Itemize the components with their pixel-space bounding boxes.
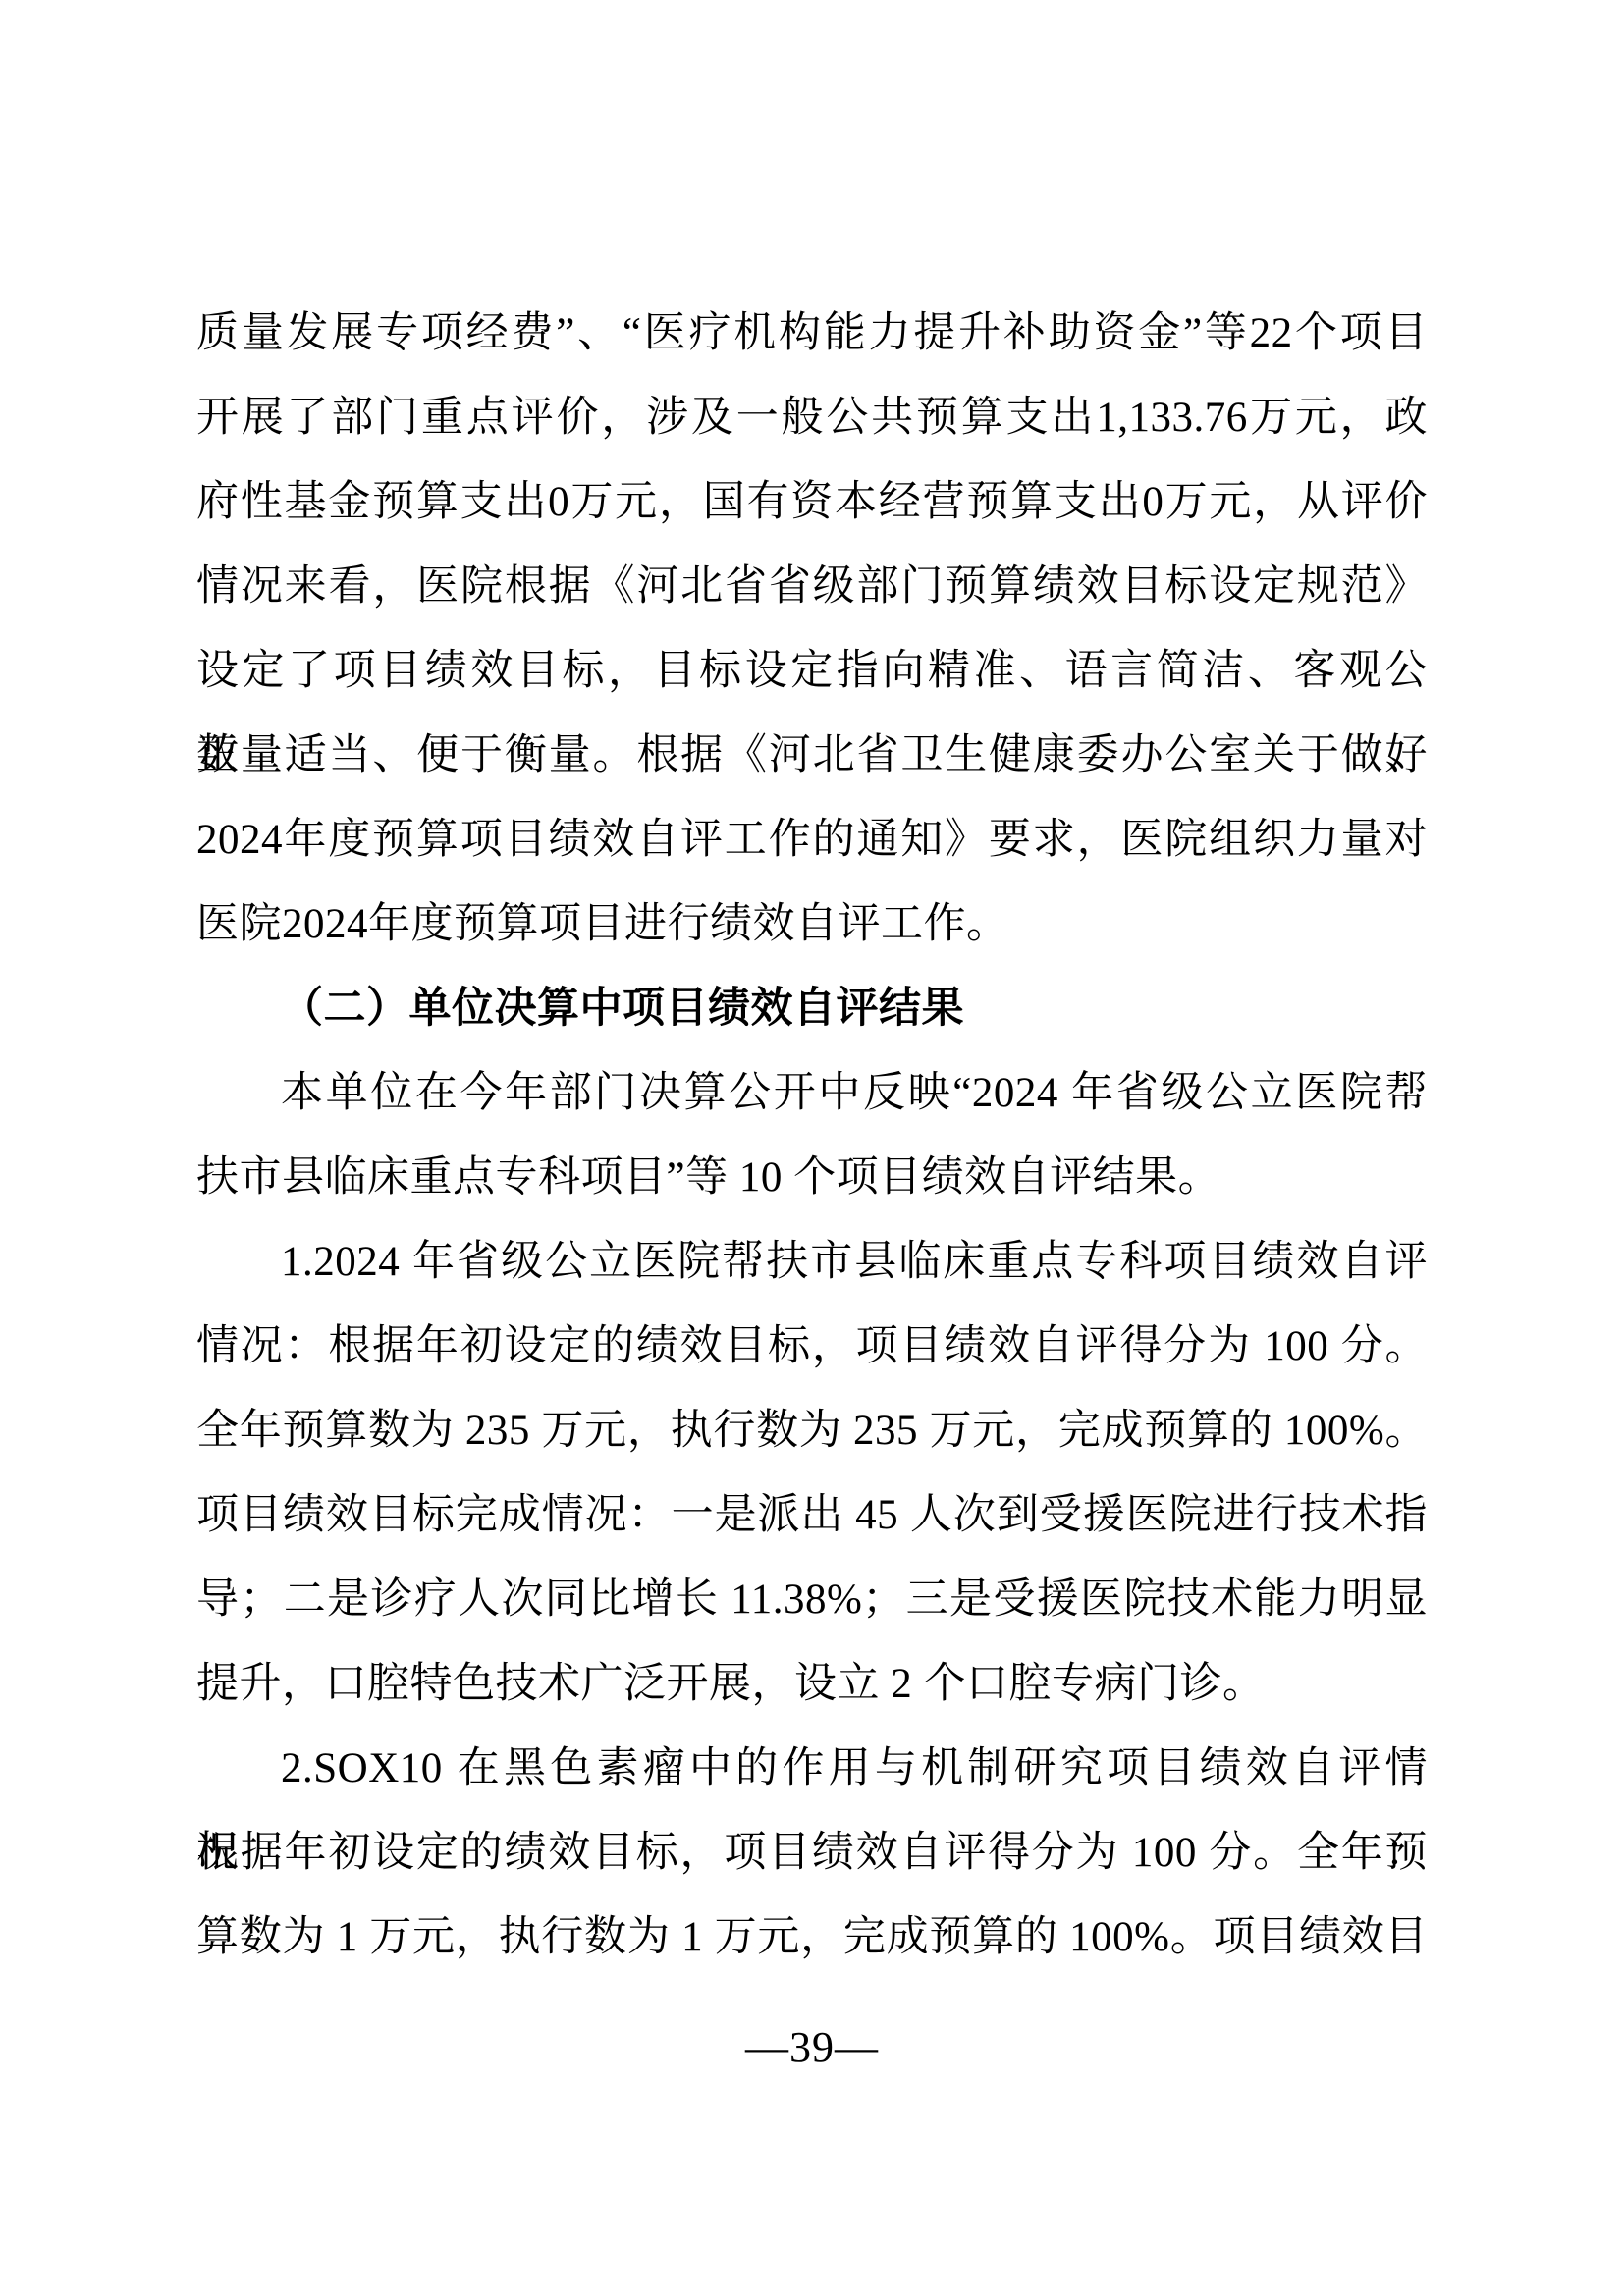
page-number: —39— xyxy=(0,2024,1624,2071)
text-line: 导；二是诊疗人次同比增长 11.38%；三是受援医院技术能力明显 xyxy=(196,1558,1428,1642)
text-line: 2.SOX10 在黑色素瘤中的作用与机制研究项目绩效自评情况： xyxy=(196,1727,1428,1811)
text-line: 设定了项目绩效目标，目标设定指向精准、语言简洁、客观公正、 xyxy=(196,629,1428,714)
paragraph: 本单位在今年部门决算公开中反映“2024 年省级公立医院帮扶市县临床重点专科项目… xyxy=(196,1051,1428,1220)
text-line: 情况：根据年初设定的绩效目标，项目绩效自评得分为 100 分。 xyxy=(196,1305,1428,1389)
section-heading: （二）单位决算中项目绩效自评结果 xyxy=(196,967,1428,1051)
document-body: 质量发展专项经费”、“医疗机构能力提升补助资金”等22个项目开展了部门重点评价，… xyxy=(196,292,1428,1980)
text-line: 2024年度预算项目绩效自评工作的通知》要求，医院组织力量对 xyxy=(196,798,1428,882)
text-line: 提升，口腔特色技术广泛开展，设立 2 个口腔专病门诊。 xyxy=(196,1642,1428,1727)
text-line: 府性基金预算支出0万元，国有资本经营预算支出0万元，从评价 xyxy=(196,460,1428,545)
heading-text: （二）单位决算中项目绩效自评结果 xyxy=(196,967,1428,1051)
text-line: 情况来看，医院根据《河北省省级部门预算绩效目标设定规范》 xyxy=(196,545,1428,629)
text-line: 医院2024年度预算项目进行绩效自评工作。 xyxy=(196,882,1428,967)
text-line: 开展了部门重点评价，涉及一般公共预算支出1,133.76万元，政 xyxy=(196,376,1428,460)
text-line: 算数为 1 万元，执行数为 1 万元，完成预算的 100%。项目绩效目 xyxy=(196,1896,1428,1980)
paragraph: 质量发展专项经费”、“医疗机构能力提升补助资金”等22个项目开展了部门重点评价，… xyxy=(196,292,1428,967)
paragraph: 1.2024 年省级公立医院帮扶市县临床重点专科项目绩效自评情况：根据年初设定的… xyxy=(196,1220,1428,1727)
text-line: 质量发展专项经费”、“医疗机构能力提升补助资金”等22个项目 xyxy=(196,292,1428,376)
text-line: 扶市县临床重点专科项目”等 10 个项目绩效自评结果。 xyxy=(196,1136,1428,1220)
text-line: 本单位在今年部门决算公开中反映“2024 年省级公立医院帮 xyxy=(196,1051,1428,1136)
text-line: 全年预算数为 235 万元，执行数为 235 万元，完成预算的 100%。 xyxy=(196,1389,1428,1473)
text-line: 项目绩效目标完成情况：一是派出 45 人次到受援医院进行技术指 xyxy=(196,1473,1428,1558)
paragraph: 2.SOX10 在黑色素瘤中的作用与机制研究项目绩效自评情况：根据年初设定的绩效… xyxy=(196,1727,1428,1980)
text-line: 根据年初设定的绩效目标，项目绩效自评得分为 100 分。全年预 xyxy=(196,1811,1428,1896)
document-page: 质量发展专项经费”、“医疗机构能力提升补助资金”等22个项目开展了部门重点评价，… xyxy=(0,0,1624,2296)
text-line: 数量适当、便于衡量。根据《河北省卫生健康委办公室关于做好 xyxy=(196,714,1428,798)
text-line: 1.2024 年省级公立医院帮扶市县临床重点专科项目绩效自评 xyxy=(196,1220,1428,1305)
